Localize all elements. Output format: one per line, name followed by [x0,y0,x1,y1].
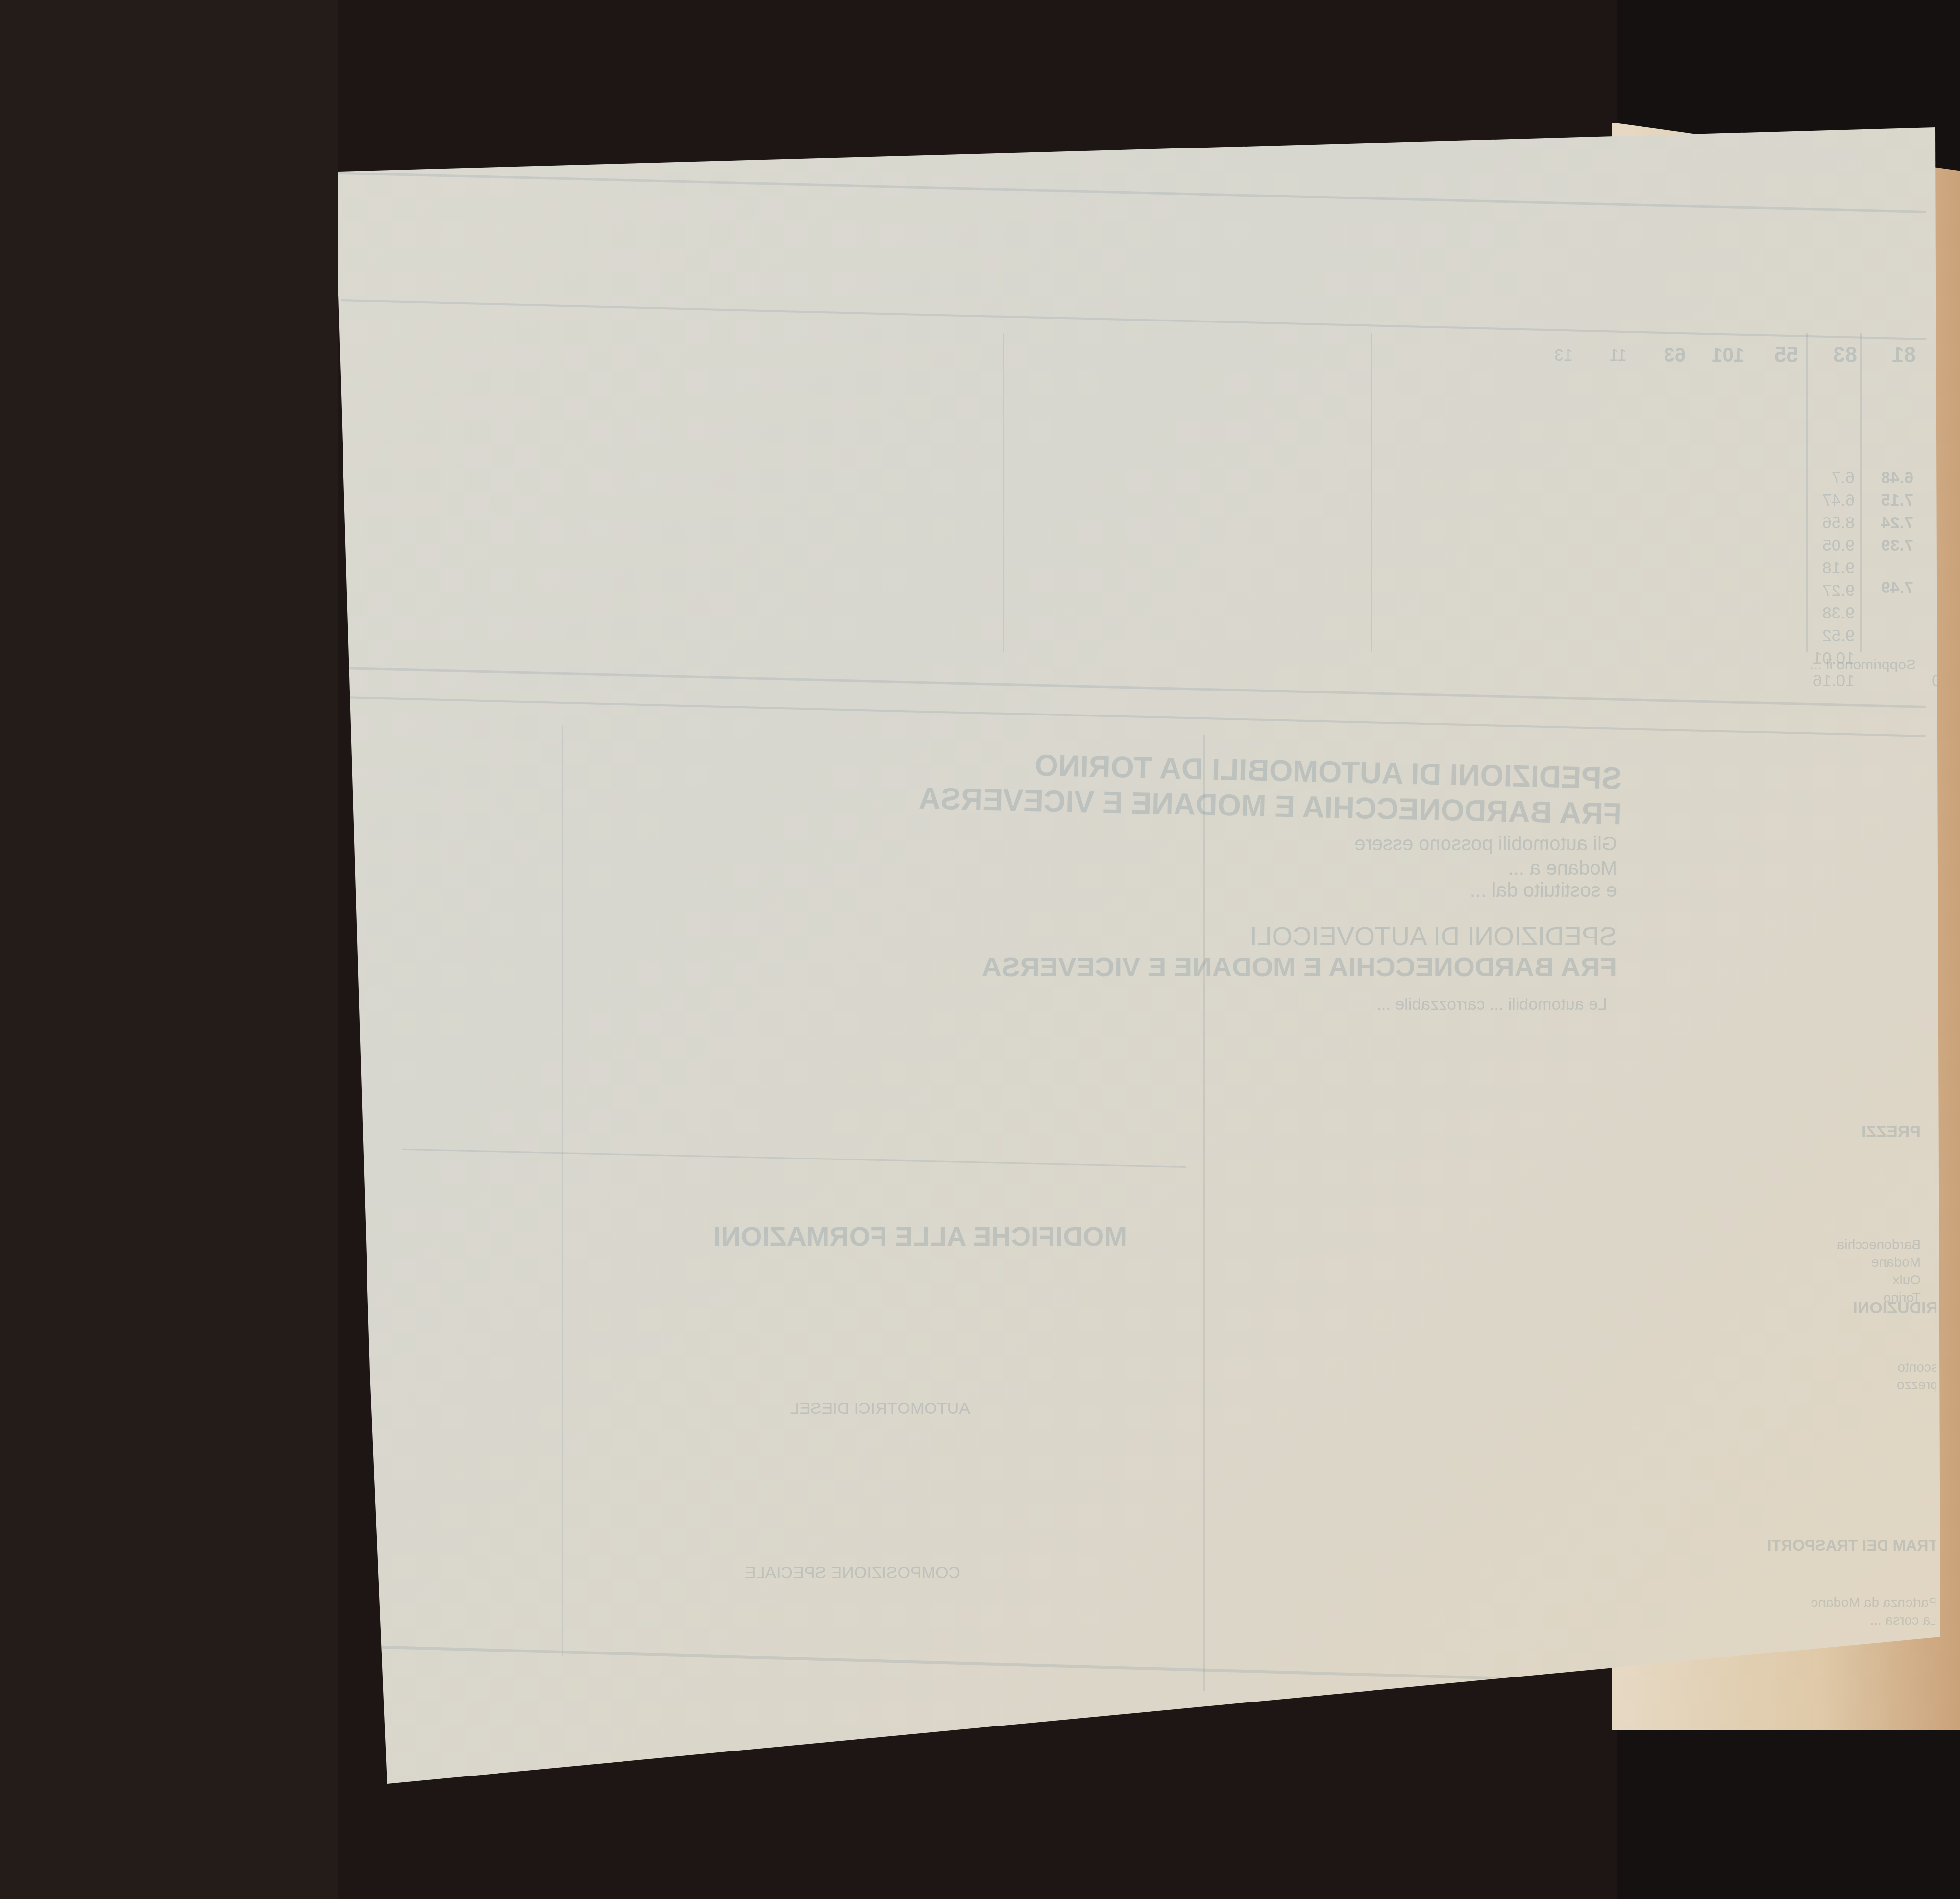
riduzioni-heading: RIDUZIONI [1853,1299,1938,1318]
timetable-col-rule-4 [1003,333,1004,652]
sub-heading-composizione: COMPOSIZIONE SPECIALE [745,1563,960,1582]
section-title-2: SPEDIZIONI DI AUTOVEICOLI [1250,921,1617,952]
prezzi-heading: PREZZI [1862,1122,1921,1141]
times-column-2: 6.76.478.569.059.189.279.389.5210.0110.1… [1813,421,1855,737]
train-number-13: 13 [1554,345,1573,365]
lower-right-divider [562,725,563,1656]
section-title-2-line2: FRA BARDONECCHIA E MODANE E VICEVERSA [982,951,1617,983]
timetable-col-rule-1 [1860,333,1862,652]
tram-heading: TRAM DEI TRASPORTI [1767,1536,1938,1554]
train-number-101: 101 [1712,345,1744,365]
timetable-footnote: Sopprimono il ... [1810,657,1916,673]
section-1-note-2: Modane a ... [1508,858,1617,880]
train-number-63: 63 [1664,345,1686,365]
timetable-col-rule-2 [1806,333,1808,652]
lower-left-divider [1203,735,1205,1691]
section-2-note: Le automobili ... carrozzabile ... [1376,995,1607,1014]
train-number-81: 81 [1892,345,1916,365]
train-number-83: 83 [1833,345,1857,365]
timetable-header-line [294,298,1926,340]
right-column-lines: BardonecchiaModaneOulxTorino [1837,1201,1921,1342]
frame-top-line [294,171,1926,213]
timetable-col-rule-3 [1371,333,1372,652]
section-1-note-1: Gli automobili possono essere [1354,833,1617,855]
train-number-55: 55 [1774,345,1798,365]
lower-right-hr [402,1149,1186,1168]
right-column-lines-2: scontoprezzo [1897,1323,1938,1429]
times-column-1: 6.487.157.247.397.49 [1881,421,1913,644]
train-number-11: 11 [1610,345,1627,365]
modifiche-heading: MODIFICHE ALLE FORMAZIONI [713,1220,1127,1252]
scanner-background-left [0,0,338,1899]
sub-heading-diesel: AUTOMOTRICI DIESEL [790,1399,970,1418]
section-1-note-3: e sostituito dal ... [1470,880,1617,902]
